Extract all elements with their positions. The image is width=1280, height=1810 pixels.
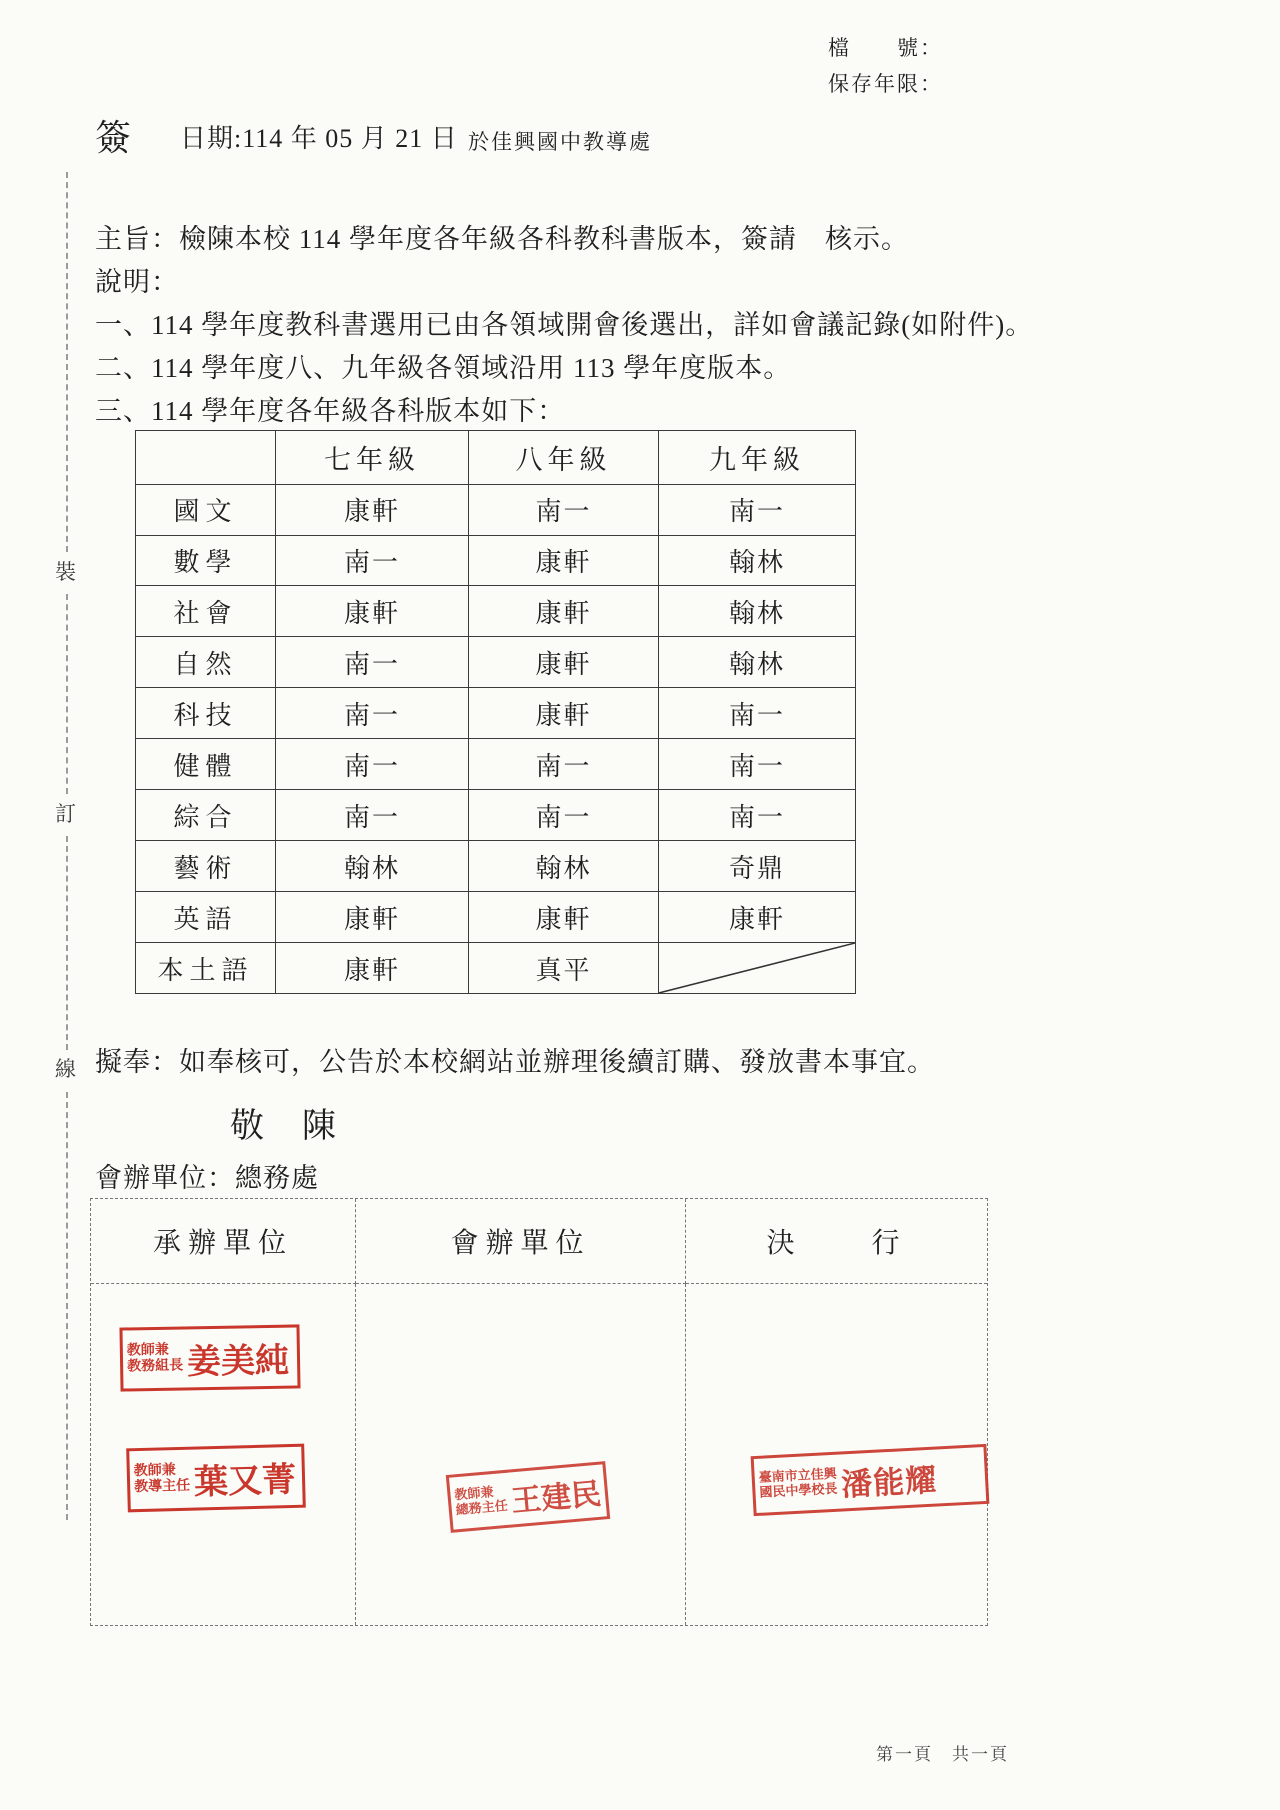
binding-mark-zhuang: 裝 — [55, 556, 76, 586]
publisher-cell: 南一 — [659, 484, 856, 535]
explanation-item-1: 一、114 學年度教科書選用已由各領域開會後選出，詳如會議記錄(如附件)。 — [95, 304, 1185, 347]
subject-cell: 科技 — [136, 688, 276, 739]
header-grade7: 七年級 — [276, 431, 469, 485]
subject-cell: 藝術 — [136, 841, 276, 892]
stamp-jiang-meichun: 教師兼 教務組長 姜美純 — [119, 1324, 300, 1391]
publisher-cell: 南一 — [276, 535, 469, 586]
table-header-row: 七年級 八年級 九年級 — [136, 431, 856, 485]
publisher-cell: 康軒 — [276, 484, 469, 535]
file-info-block: 檔 號： 保存年限： — [828, 30, 943, 102]
subject-cell: 綜合 — [136, 790, 276, 841]
header-subject — [136, 431, 276, 485]
approval-header-handling-unit: 承辦單位 — [91, 1199, 356, 1284]
subject-line: 主旨：檢陳本校 114 學年度各年級各科教科書版本，簽請 核示。 — [95, 218, 1185, 261]
publisher-cell: 南一 — [469, 790, 659, 841]
explanation-item-3: 三、114 學年度各年級各科版本如下： — [95, 390, 1185, 433]
stamp-name: 王建民 — [509, 1469, 602, 1521]
stamp-title: 教師兼 教導主任 — [134, 1463, 191, 1497]
header-grade8: 八年級 — [469, 431, 659, 485]
publisher-cell: 翰林 — [659, 535, 856, 586]
publisher-cell: 南一 — [276, 790, 469, 841]
publisher-cell: 翰林 — [276, 841, 469, 892]
table-row: 本土語 康軒 真平 — [136, 943, 856, 994]
table-row: 數學 南一 康軒 翰林 — [136, 535, 856, 586]
publisher-cell: 南一 — [276, 688, 469, 739]
stamp-title: 教師兼 總務主任 — [454, 1484, 508, 1518]
subject-cell: 本土語 — [136, 943, 276, 994]
binding-mark-ding: 訂 — [55, 798, 76, 828]
approval-header-co-unit: 會辦單位 — [356, 1199, 686, 1284]
binding-dashed-line — [66, 172, 68, 552]
table-row: 英語 康軒 康軒 康軒 — [136, 892, 856, 943]
publisher-cell: 康軒 — [469, 892, 659, 943]
header-grade9: 九年級 — [659, 431, 856, 485]
approval-strip: 承辦單位 會辦單位 決 行 — [90, 1198, 988, 1626]
doc-type-label: 簽 — [95, 110, 131, 161]
publisher-cell: 翰林 — [659, 586, 856, 637]
publisher-cell: 真平 — [469, 943, 659, 994]
stamp-title: 臺南市立佳興 國民中學校長 — [758, 1467, 837, 1501]
stamp-pan-nengyao: 臺南市立佳興 國民中學校長 潘能耀 — [751, 1444, 990, 1516]
subject-cell: 數學 — [136, 535, 276, 586]
co-organizer-line: 會辦單位：總務處 — [95, 1156, 319, 1195]
publisher-cell: 康軒 — [469, 688, 659, 739]
approval-header-decision: 決 行 — [686, 1199, 987, 1284]
binding-mark-xian: 線 — [55, 1053, 76, 1083]
proposal-line: 擬奉：如奉核可，公告於本校網站並辦理後續訂購、發放書本事宜。 — [95, 1040, 935, 1079]
table-row: 科技 南一 康軒 南一 — [136, 688, 856, 739]
stamp-title: 教師兼 教務組長 — [127, 1342, 184, 1375]
publisher-cell: 南一 — [659, 790, 856, 841]
binding-dashed-line — [66, 1092, 68, 1520]
empty-diagonal-cell — [659, 943, 856, 994]
publisher-cell: 康軒 — [469, 586, 659, 637]
stamp-name: 姜美純 — [187, 1332, 290, 1383]
issuing-office-note: 於佳興國中教導處 — [468, 126, 652, 156]
table-row: 綜合 南一 南一 南一 — [136, 790, 856, 841]
file-number-label: 檔 號： — [828, 30, 943, 66]
publisher-cell: 南一 — [276, 637, 469, 688]
table-row: 自然 南一 康軒 翰林 — [136, 637, 856, 688]
scanned-memo-page: 檔 號： 保存年限： 簽 日期:114 年 05 月 21 日 於佳興國中教導處… — [0, 0, 1280, 1810]
publisher-cell: 康軒 — [469, 637, 659, 688]
subject-cell: 英語 — [136, 892, 276, 943]
publisher-cell: 康軒 — [469, 535, 659, 586]
explanation-label: 說明： — [95, 261, 1185, 304]
publisher-cell: 康軒 — [276, 943, 469, 994]
subject-cell: 健體 — [136, 739, 276, 790]
publisher-cell: 翰林 — [469, 841, 659, 892]
approval-body-co-unit — [356, 1284, 686, 1625]
subject-cell: 國文 — [136, 484, 276, 535]
publisher-cell: 南一 — [469, 739, 659, 790]
stamp-ye-youjing: 教師兼 教導主任 葉又菁 — [126, 1444, 306, 1513]
binding-dashed-line — [66, 836, 68, 1050]
table-row: 藝術 翰林 翰林 奇鼎 — [136, 841, 856, 892]
publisher-cell: 奇鼎 — [659, 841, 856, 892]
publisher-cell: 南一 — [469, 484, 659, 535]
stamp-name: 葉又菁 — [193, 1451, 296, 1503]
retention-period-label: 保存年限： — [828, 66, 943, 102]
subject-cell: 自然 — [136, 637, 276, 688]
table-row: 健體 南一 南一 南一 — [136, 739, 856, 790]
subject-cell: 社會 — [136, 586, 276, 637]
textbook-version-table: 七年級 八年級 九年級 國文 康軒 南一 南一 數學 南一 康軒 翰林 社會 康… — [135, 430, 856, 994]
closing-salutation: 敬 陳 — [230, 1098, 338, 1147]
publisher-cell: 康軒 — [276, 586, 469, 637]
publisher-cell: 南一 — [659, 739, 856, 790]
binding-dashed-line — [66, 594, 68, 794]
publisher-cell: 翰林 — [659, 637, 856, 688]
memo-body: 主旨：檢陳本校 114 學年度各年級各科教科書版本，簽請 核示。 說明： 一、1… — [95, 218, 1185, 433]
stamp-name: 潘能耀 — [840, 1454, 938, 1504]
date-line: 日期:114 年 05 月 21 日 — [180, 118, 458, 155]
table-row: 社會 康軒 康軒 翰林 — [136, 586, 856, 637]
publisher-cell: 南一 — [659, 688, 856, 739]
diagonal-slash — [659, 943, 855, 993]
table-row: 國文 康軒 南一 南一 — [136, 484, 856, 535]
publisher-cell: 康軒 — [276, 892, 469, 943]
explanation-item-2: 二、114 學年度八、九年級各領域沿用 113 學年度版本。 — [95, 347, 1185, 390]
page-number: 第一頁 共一頁 — [876, 1740, 1009, 1765]
publisher-cell: 康軒 — [659, 892, 856, 943]
publisher-cell: 南一 — [276, 739, 469, 790]
